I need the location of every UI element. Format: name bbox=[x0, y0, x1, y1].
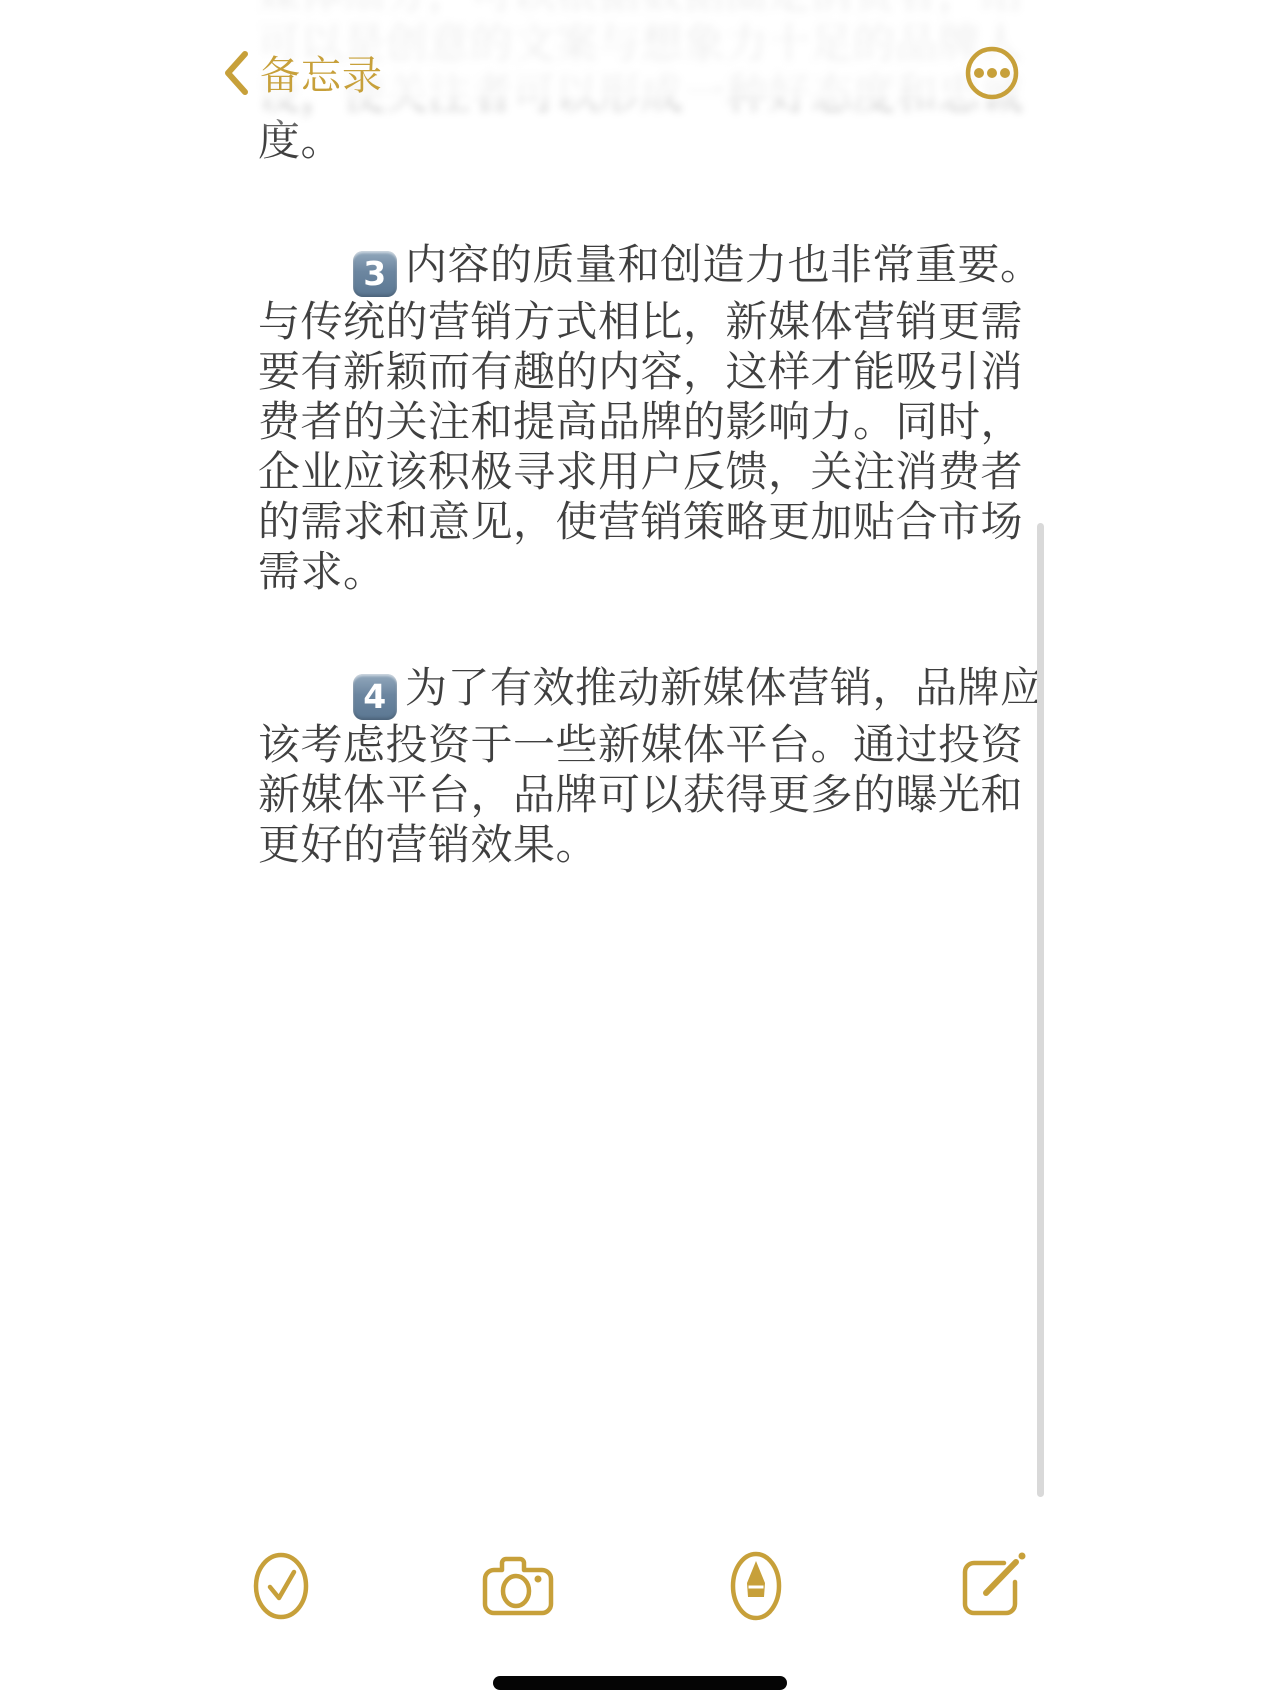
paragraph-text: 要有新颖而有趣的内容，这样才能吸引消 bbox=[258, 347, 1018, 397]
navbar-translucent-background bbox=[0, 0, 1280, 134]
markup-button[interactable] bbox=[724, 1547, 788, 1625]
markup-pen-icon bbox=[724, 1547, 788, 1625]
notes-app-screen: 媒体细分，可以根据数据圈定消费者，结 可以是创意的文案与想象力十足的品牌人 设，… bbox=[0, 0, 1280, 1707]
paragraph-first-line: 3内容的质量和创造力也非常重要。 bbox=[258, 240, 1018, 297]
chevron-left-icon bbox=[222, 49, 250, 97]
more-options-button[interactable] bbox=[964, 45, 1020, 101]
compose-icon bbox=[954, 1549, 1030, 1623]
camera-button[interactable] bbox=[478, 1553, 558, 1619]
paragraph-text: 需求。 bbox=[258, 547, 1018, 597]
keycap-3-emoji: 3 bbox=[353, 251, 397, 297]
ellipsis-circle-icon bbox=[964, 45, 1020, 101]
paragraph-first-line: 4为了有效推动新媒体营销，品牌应 bbox=[258, 663, 1018, 720]
paragraph-text: 内容的质量和创造力也非常重要。 bbox=[405, 241, 1043, 288]
checklist-button[interactable] bbox=[250, 1550, 312, 1622]
back-button-label: 备忘录 bbox=[260, 44, 383, 101]
checklist-icon bbox=[250, 1550, 312, 1622]
camera-icon bbox=[478, 1553, 558, 1619]
home-indicator[interactable] bbox=[493, 1676, 787, 1690]
scrollbar-thumb[interactable] bbox=[1037, 523, 1044, 1497]
keycap-4-emoji: 4 bbox=[353, 674, 397, 720]
paragraph-text: 费者的关注和提高品牌的影响力。同时， bbox=[258, 397, 1018, 447]
bottom-toolbar bbox=[250, 1546, 1030, 1626]
paragraph-text: 新媒体平台，品牌可以获得更多的曝光和 bbox=[258, 770, 1018, 820]
paragraph-text: 该考虑投资于一些新媒体平台。通过投资 bbox=[258, 720, 1018, 770]
back-to-notes-button[interactable]: 备忘录 bbox=[222, 44, 383, 101]
paragraph-text: 为了有效推动新媒体营销，品牌应 bbox=[405, 664, 1043, 711]
paragraph-text: 企业应该积极寻求用户反馈，关注消费者 bbox=[258, 447, 1018, 497]
paragraph-text: 的需求和意见，使营销策略更加贴合市场 bbox=[258, 497, 1018, 547]
note-paragraph-4: 4为了有效推动新媒体营销，品牌应 该考虑投资于一些新媒体平台。通过投资 新媒体平… bbox=[258, 663, 1018, 870]
paragraph-text: 与传统的营销方式相比，新媒体营销更需 bbox=[258, 297, 1018, 347]
paragraph-text: 更好的营销效果。 bbox=[258, 820, 1018, 870]
note-paragraph-3: 3内容的质量和创造力也非常重要。 与传统的营销方式相比，新媒体营销更需 要有新颖… bbox=[258, 240, 1018, 597]
compose-button[interactable] bbox=[954, 1549, 1030, 1623]
